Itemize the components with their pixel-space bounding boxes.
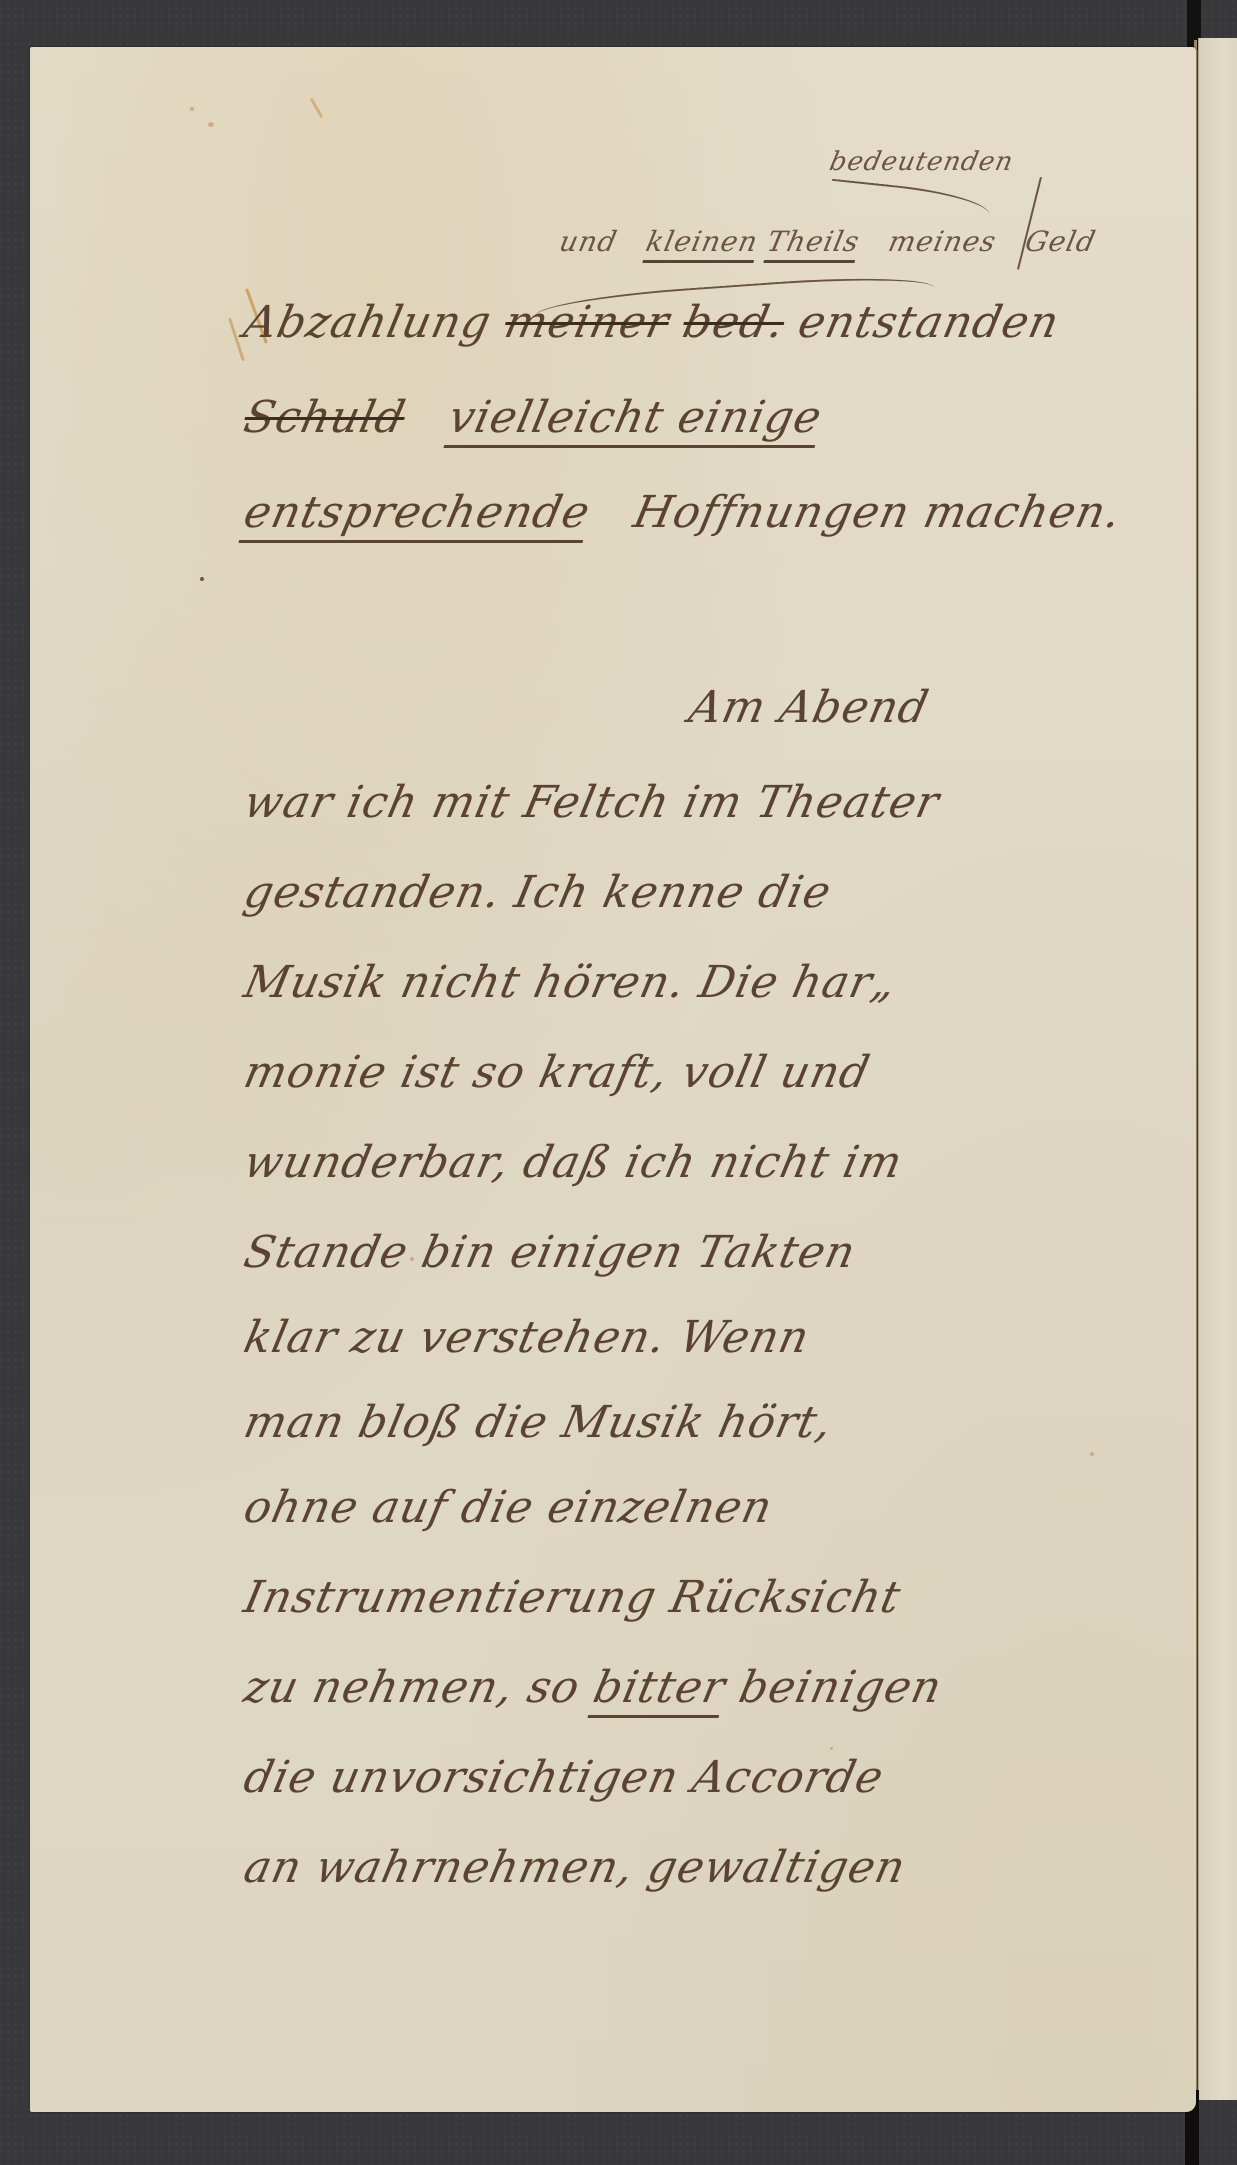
- paper-speck: [208, 122, 214, 127]
- paper-fiber: [310, 98, 324, 119]
- text-line-15: zu nehmen, so bitter beinigen: [240, 1662, 947, 1713]
- line-text: war ich mit Feltch im Theater: [240, 777, 945, 828]
- text-line-3: entsprechende Hoffnungen machen.: [240, 487, 1127, 538]
- word: beinigen: [735, 1662, 947, 1713]
- text-line-11: klar zu verstehen. Wenn: [240, 1312, 815, 1363]
- line-text: gestanden. Ich kenne die: [240, 867, 836, 918]
- text-line-2: Schuld vielleicht einige: [240, 392, 827, 443]
- text-line-17: an wahrnehmen, gewaltigen: [240, 1842, 911, 1893]
- facing-page-edge: [1198, 38, 1237, 2100]
- underlined-phrase: vielleicht einige: [443, 392, 827, 448]
- text-line-14: Instrumentierung Rücksicht: [240, 1572, 906, 1623]
- paper-speck: [830, 1747, 833, 1750]
- insertion-word: und: [556, 225, 620, 258]
- text-line-6: gestanden. Ich kenne die: [240, 867, 836, 918]
- insertion-top: bedeutenden: [827, 147, 1017, 177]
- line-text: Stande bin einigen Takten: [240, 1227, 861, 1278]
- insertion-word: Geld: [1022, 225, 1099, 258]
- text-line-10: Stande bin einigen Takten: [240, 1227, 861, 1278]
- text-line-5: war ich mit Feltch im Theater: [240, 777, 945, 828]
- line-text: monie ist so kraft, voll und: [240, 1047, 875, 1098]
- line-text: wunderbar, daß ich nicht im: [240, 1137, 908, 1188]
- line-text: zu nehmen, so: [240, 1662, 585, 1713]
- struck-word: meiner: [500, 297, 674, 348]
- paper-speck: [1090, 1452, 1094, 1456]
- word: entstanden: [794, 297, 1064, 348]
- struck-word: Schuld: [240, 392, 411, 443]
- line-text: Musik nicht hören. Die har„: [240, 957, 902, 1008]
- text-line-4: Am Abend: [685, 682, 934, 733]
- underlined-word: entsprechende: [239, 487, 595, 543]
- line-text: an wahrnehmen, gewaltigen: [240, 1842, 911, 1893]
- text-line-12: man bloß die Musik hört,: [240, 1397, 838, 1448]
- text-line-16: die unvorsichtigen Accorde: [240, 1752, 889, 1803]
- text-line-8: monie ist so kraft, voll und: [240, 1047, 875, 1098]
- line-text: ohne auf die einzelnen: [240, 1482, 778, 1533]
- text-line-9: wunderbar, daß ich nicht im: [240, 1137, 908, 1188]
- insertion-text: bedeutenden: [827, 147, 1017, 177]
- word: Hoffnungen machen.: [629, 487, 1126, 538]
- insertion-word-underlined: Theils: [763, 225, 863, 263]
- line-text: Instrumentierung Rücksicht: [240, 1572, 906, 1623]
- insertion-word: meines: [885, 225, 999, 258]
- text-line-13: ohne auf die einzelnen: [240, 1482, 778, 1533]
- manuscript-page: bedeutenden und kleinen Theils meines Ge…: [30, 47, 1196, 2112]
- insertion-word-underlined: kleinen: [642, 225, 761, 263]
- insertion-line: und kleinen Theils meines Geld: [556, 225, 1099, 258]
- text-line-7: Musik nicht hören. Die har„: [240, 957, 902, 1008]
- underlined-word: bitter: [588, 1662, 731, 1718]
- line-text: die unvorsichtigen Accorde: [240, 1752, 889, 1803]
- text-line-1: Abzahlung meiner bed. entstanden: [240, 297, 1064, 348]
- paper-speck: [190, 107, 194, 111]
- struck-word: bed.: [678, 297, 789, 348]
- paper-speck: [200, 577, 204, 581]
- word: Abzahlung: [240, 297, 496, 348]
- insertion-connector: [829, 179, 991, 228]
- line-text: klar zu verstehen. Wenn: [240, 1312, 815, 1363]
- line-text: Am Abend: [685, 682, 934, 733]
- line-text: man bloß die Musik hört,: [240, 1397, 838, 1448]
